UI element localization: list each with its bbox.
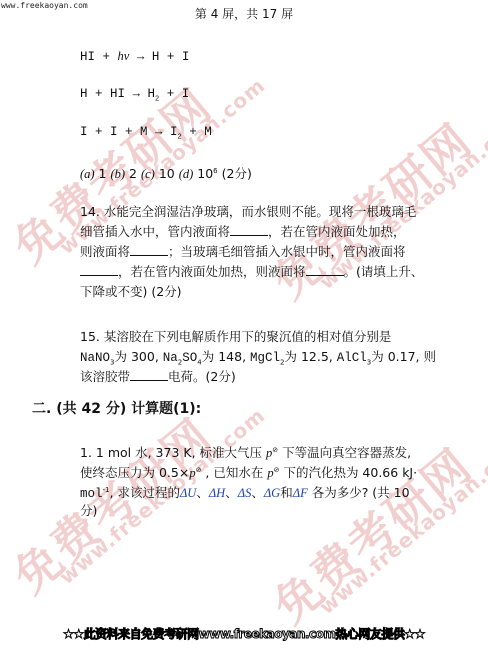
fill-blank[interactable] [80,263,118,276]
watermark-cn-3: 免费考研网 [0,401,224,606]
q14-line-2: 细管插入水中，管内液面将，若在管内液面处加热， [80,223,406,240]
section-heading: 二. (共 42 分) 计算题(1): [32,398,201,418]
q15-line-3: 该溶胶带电荷。(2分) [80,368,236,385]
reaction-3: I + I + M → I2 + M [80,124,212,147]
fill-blank[interactable] [130,243,168,256]
calc1-line-2: 使终态压力为 0.5×p⊘ , 已知水在 p⊘ 下的汽化热为 40.66 kJ· [80,462,417,482]
footer-banner: ★★此资料来自免费考研网www.freekaoyan.com热心网友提供★★ [0,625,488,642]
q14-line-1: 14. 水能完全润湿洁净玻璃，而水银则不能。现将一根玻璃毛 [80,203,416,220]
answer-options: (a) 1 (b) 2 (c) 10 (d) 106 (2分) [80,163,252,183]
reaction-1: HI + hν → H + I [80,48,189,66]
q14-line-4: ，若在管内液面处加热，则液面将。(请填上升、 [80,263,423,280]
calc1-line-4: 分) [80,502,97,519]
q14-line-3: 则液面将；当玻璃毛细管插入水银中时，管内液面将 [80,243,406,260]
fill-blank[interactable] [230,223,268,236]
calc1-line-3: mol-1, 求该过程的ΔU、ΔH、ΔS、ΔG和ΔF 各为多少? (共 10 [80,482,410,503]
fill-blank[interactable] [130,368,168,381]
page-indicator: 第 4 屏，共 17 屏 [0,5,488,22]
reaction-2: H + HI → H2 + I [80,86,189,109]
calc1-line-1: 1. 1 mol 水, 373 K, 标准大气压 p⊘ 下等温向真空容器蒸发, [80,442,411,462]
q14-line-5: 下降或不变) (2分) [80,283,182,300]
q15-line-1: 15. 某溶胶在下列电解质作用下的聚沉值的相对值分别是 [80,328,391,345]
fill-blank[interactable] [306,263,344,276]
